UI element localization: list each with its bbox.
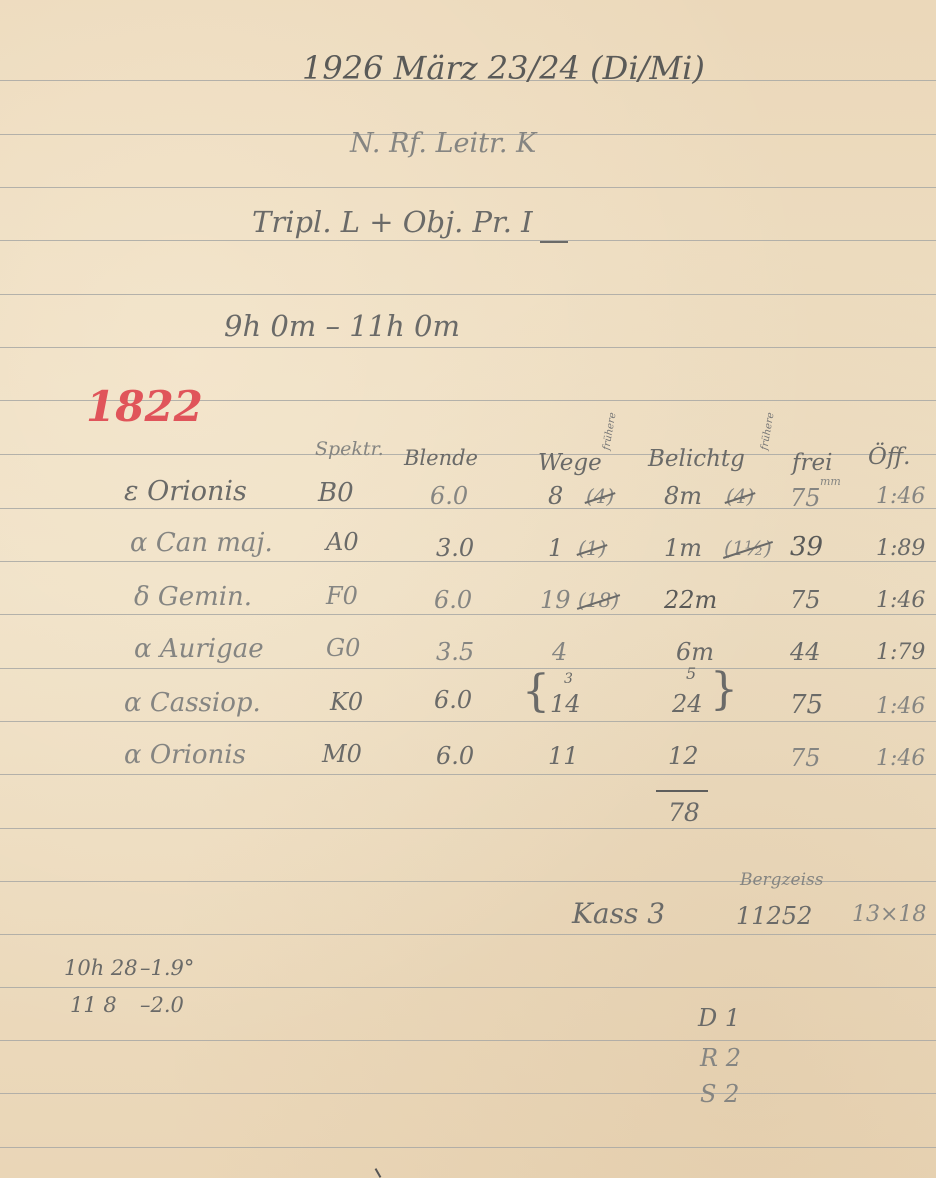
row-3-aperture: 6.0 [434, 588, 472, 612]
row-5-opening: 1:46 [876, 696, 925, 718]
row-2-free: 39 [790, 534, 823, 560]
row-2-exposure-old-value: (1½) [724, 538, 772, 558]
header-path-note: frühere [601, 412, 618, 451]
rule-line [0, 774, 936, 775]
row-3-free: 75 [790, 588, 821, 612]
rule-line [0, 187, 936, 188]
row-5-exposure-old: 5 [686, 666, 696, 682]
row-4-opening: 1:79 [876, 642, 925, 664]
plate-type: Bergzeiss [740, 872, 823, 889]
row-1-spectrum: B0 [318, 480, 354, 506]
row-3-star: δ Gemin. [134, 584, 252, 610]
instrument-line: N. Rf. Leitr. K [350, 130, 536, 157]
row-5-spectrum: K0 [330, 690, 363, 714]
row-6-free: 75 [790, 746, 821, 770]
rule-line [0, 668, 936, 669]
row-5-aperture: 6.0 [434, 688, 472, 712]
time-range: 9h 0m – 11h 0m [224, 312, 460, 341]
row-6-opening: 1:46 [876, 748, 925, 770]
row-3-exposure: 22m [664, 588, 717, 612]
row-2-aperture: 3.0 [436, 536, 474, 560]
setup-line: Tripl. L + Obj. Pr. I [252, 208, 533, 237]
row-2-opening: 1:89 [876, 538, 925, 560]
header-spectrum: Spektr. [315, 440, 384, 459]
row-5-path: 14 [550, 692, 581, 716]
exposure-total: 78 [668, 800, 700, 825]
header-free: frei [792, 452, 832, 475]
row-1-opening: 1:46 [876, 486, 925, 508]
rule-line [0, 240, 936, 241]
dev-note-1-value: 1 [725, 1004, 740, 1032]
row-3-path-old: (18) [578, 590, 619, 610]
dev-note-3-symbol: S [700, 1080, 716, 1108]
header-path: Wege [538, 452, 602, 475]
temp-1-value: –1.9° [140, 958, 194, 979]
plate-size: 13×18 [852, 904, 926, 926]
row-5-exposure: 24 [672, 692, 703, 716]
dev-note-1: D 1 [698, 1006, 740, 1030]
header-exposure-note: frühere [759, 412, 776, 451]
row-4-path: 4 [552, 640, 567, 664]
rule-line [0, 987, 936, 988]
rule-line [0, 934, 936, 935]
rule-line [0, 721, 936, 722]
rule-line [0, 828, 936, 829]
plate-id: 11252 [736, 904, 812, 928]
dev-note-2: R 2 [700, 1046, 741, 1070]
header-exposure: Belichtg [648, 448, 745, 471]
header-aperture: Blende [404, 448, 478, 469]
row-2-spectrum: A0 [326, 530, 359, 554]
close-brace: } [710, 668, 738, 712]
row-1-aperture: 6.0 [430, 484, 468, 508]
row-1-exposure-old-value: (4) [726, 486, 754, 506]
rule-line [0, 347, 936, 348]
notebook-page: 1926 März 23/24 (Di/Mi) N. Rf. Leitr. K … [0, 0, 936, 1178]
row-4-star: α Aurigae [134, 636, 264, 662]
date-line: 1926 März 23/24 (Di/Mi) [302, 52, 705, 84]
row-1-exposure-old: (4) [726, 486, 754, 506]
row-2-exposure-old: (1½) [724, 538, 772, 558]
row-5-free: 75 [790, 692, 823, 718]
row-2-path: 1 [548, 536, 563, 560]
row-1-star: ε Orionis [124, 478, 247, 505]
row-3-path-old-value: (18) [578, 590, 619, 610]
row-4-free: 44 [790, 640, 821, 664]
rule-line [0, 1093, 936, 1094]
row-2-star: α Can maj. [130, 530, 273, 556]
dev-note-3-value: 2 [724, 1080, 739, 1108]
row-4-exposure: 6m [676, 640, 714, 664]
header-opening: Öff. [868, 446, 910, 469]
temp-2-time: 11 8 [70, 995, 117, 1016]
rule-line [0, 1040, 936, 1041]
row-6-exposure: 12 [668, 744, 699, 768]
row-3-spectrum: F0 [326, 584, 358, 608]
row-1-path-old-value: (4) [586, 486, 614, 506]
dev-note-2-value: 2 [726, 1044, 741, 1072]
stray-pencil-mark [375, 1168, 382, 1178]
sum-line [656, 790, 708, 792]
row-5-star: α Cassiop. [124, 690, 261, 716]
row-3-path: 19 [540, 588, 571, 612]
row-2-exposure: 1m [664, 536, 702, 560]
row-1-path: 8 [548, 484, 563, 508]
row-5-path-old: 3 [564, 672, 573, 686]
open-brace: { [522, 670, 550, 714]
temp-2-value: –2.0 [140, 995, 184, 1016]
rule-line [0, 614, 936, 615]
dev-note-2-symbol: R [700, 1044, 718, 1072]
row-6-spectrum: M0 [322, 742, 362, 766]
temp-1-time: 10h 28 [64, 958, 138, 979]
header-free-unit: mm [820, 476, 841, 487]
row-1-exposure: 8m [664, 484, 702, 508]
row-6-path: 11 [548, 744, 579, 768]
dev-note-3: S 2 [700, 1082, 739, 1106]
dev-note-1-symbol: D [698, 1004, 717, 1032]
row-2-path-old: (1) [578, 538, 606, 558]
row-6-star: α Orionis [124, 742, 246, 768]
rule-line [0, 1147, 936, 1148]
row-2-path-old-value: (1) [578, 538, 606, 558]
plate-number: 1822 [86, 386, 203, 428]
row-4-aperture: 3.5 [436, 640, 474, 664]
row-4-spectrum: G0 [326, 636, 360, 660]
roman-numeral-underline [540, 241, 568, 243]
rule-line [0, 294, 936, 295]
cassette-label: Kass 3 [572, 900, 665, 928]
row-3-opening: 1:46 [876, 590, 925, 612]
row-1-path-old: (4) [586, 486, 614, 506]
row-1-free: 75 [790, 486, 821, 510]
row-6-aperture: 6.0 [436, 744, 474, 768]
